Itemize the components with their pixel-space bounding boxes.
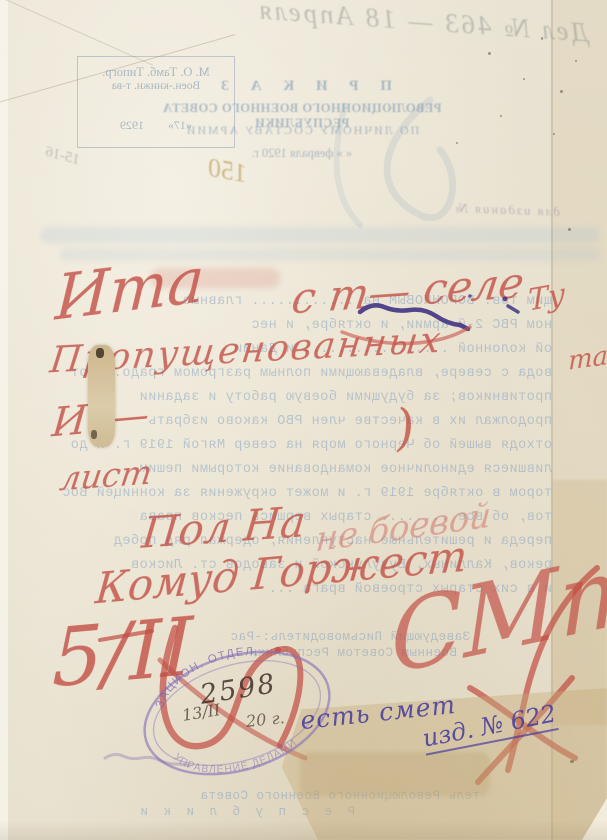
paper-stain: [0, 0, 8, 840]
crease-line: [0, 34, 235, 107]
paper-speck: [568, 228, 571, 231]
printshop-line2: Воен.-книжн. т-ва: [78, 80, 234, 92]
blue-smudge-band: [40, 227, 600, 243]
typed-line: противников; за будущими боевую работу и…: [139, 390, 552, 405]
typed-line: продолжал их в качестве член РВО каково …: [148, 414, 552, 429]
red-note-word6: ): [392, 397, 417, 457]
red-note-word7: лист: [57, 453, 154, 499]
red-note-word4a: Ту: [528, 277, 566, 319]
fold-strip: [553, 0, 607, 840]
stamp-date-year: 20 г.: [245, 708, 285, 731]
paper-speck: [541, 37, 543, 40]
stamp-arc-bottom-text: УПРАВЛЕНИЕ ДЕЛАМИ: [169, 717, 302, 792]
red-note-word4b: та: [568, 341, 607, 377]
crease-line: [0, 0, 153, 66]
printshop-line1: М. О. Тамб. Типогр.: [78, 65, 234, 80]
typed-line: отходя вышей об Черного моря на север Мя…: [70, 438, 552, 453]
typed-footer: Р е с п у б л и к и: [136, 805, 355, 819]
red-note-word2: с т— селе: [289, 258, 527, 324]
order-subtitle2: ПО ЛИЧНОМУ СОСТАВУ АРМИИ: [115, 123, 489, 138]
paper-speck: [500, 115, 502, 117]
red-note-word5: Ис—: [50, 391, 151, 446]
paper-speck: [570, 760, 574, 763]
bottom-edge-shade: [0, 820, 607, 840]
paper-speck: [488, 52, 491, 55]
paper-speck: [560, 90, 563, 93]
order-subtitle: РЕВОЛЮЦИОННОГО ВОЕННОГО СОВЕТА РЕСПУБЛИК…: [115, 101, 489, 131]
document-page: Дел № 463 — 18 Апреля 15-16 150 для изда…: [0, 0, 607, 840]
tape-stain-bottom-dark: [300, 752, 490, 796]
red-note-word3: Пропущенованных: [48, 320, 445, 382]
typed-line: лившиеся единоличное командование которы…: [139, 462, 552, 477]
svg-text:УПРАВЛЕНИЕ ДЕЛАМИ: УПРАВЛЕНИЕ ДЕЛАМИ: [169, 717, 302, 792]
order-date-line: « » февраля 1920 г.: [115, 146, 489, 161]
typed-footer: тель Революционного Военного Совета: [200, 789, 480, 803]
order-title: П Р И К А З: [115, 78, 489, 95]
printshop-box-stamp: М. О. Тамб. Типогр. Воен.-книжн. т-ва «1…: [77, 56, 235, 148]
paper-speck: [523, 78, 525, 80]
torn-corner: [582, 798, 607, 840]
pencil-note-side: 15-16: [43, 144, 81, 169]
stamp-date-day: 13/II: [181, 700, 222, 725]
paper-speck: [575, 60, 577, 62]
printshop-line3: «17» 1929: [78, 118, 234, 133]
ink-number-note: 150: [206, 153, 250, 189]
red-date: 5/II: [51, 600, 193, 706]
paper-speck: [553, 133, 555, 135]
pencil-note-top: Дел № 463 — 18 Апреля: [255, 0, 589, 49]
margin-note: для издания №: [453, 200, 560, 220]
paper-speck: [456, 142, 458, 144]
red-note-word1: Ита: [54, 242, 207, 334]
